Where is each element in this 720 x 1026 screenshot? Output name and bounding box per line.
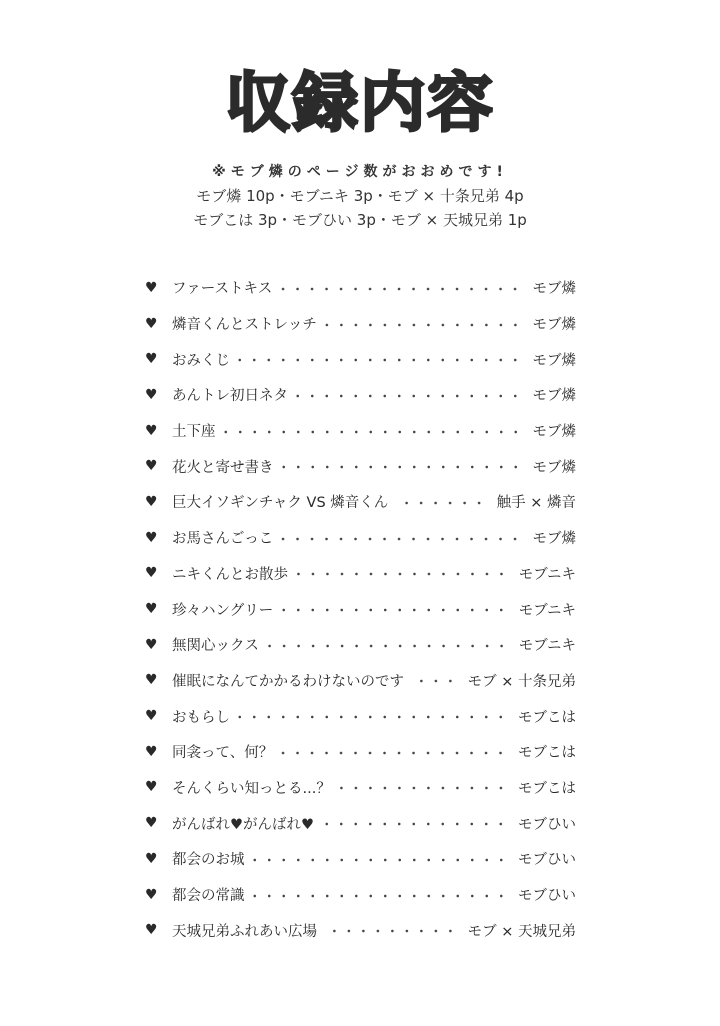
dot-leader — [280, 287, 522, 291]
toc-entry: ♥ 無関心ックス モブニキ — [143, 627, 576, 663]
toc-entry: ♥ 都会のお城 モブひい — [143, 841, 576, 877]
dot-leader — [296, 572, 509, 576]
page-title: 収録内容 — [0, 68, 720, 140]
note-emphasis: ※モブ燐のページ数がおおめです! — [0, 160, 720, 184]
toc-entry: ♥ お馬さんごっこ モブ燐 — [143, 520, 576, 556]
toc-entry: ♥ 花火と寄せ書き モブ燐 — [143, 448, 576, 484]
toc-entry-author: モブニキ — [519, 599, 576, 620]
toc-entry: ♥ おみくじ モブ燐 — [143, 341, 576, 377]
toc-entry: ♥ ファーストキス モブ燐 — [143, 270, 576, 306]
toc-entry: ♥ 催眠になんてかかるわけないのです モブ × 十条兄弟 — [143, 663, 576, 699]
toc-entry-title: 燐音くんとストレッチ — [172, 313, 317, 334]
toc-entry-title: 催眠になんてかかるわけないのです — [172, 670, 404, 691]
dot-leader — [322, 822, 508, 826]
heart-icon: ♥ — [145, 779, 165, 795]
note-line-2: モブこは 3p・モブひい 3p・モブ × 天城兄弟 1p — [0, 208, 720, 232]
toc-entry-title: お馬さんごっこ — [172, 527, 273, 548]
toc-entry-title: 巨大イソギンチャク VS 燐音くん — [172, 491, 388, 512]
toc-entry: ♥ 巨大イソギンチャク VS 燐音くん 触手 × 燐音 — [143, 484, 576, 520]
heart-icon: ♥ — [145, 744, 165, 760]
toc-entry-title: 都会のお城 — [172, 848, 245, 869]
heart-icon: ♥ — [145, 887, 165, 903]
toc-entry: ♥ そんくらい知っとる...？ モブこは — [143, 770, 576, 806]
toc-entry-title: ニキくんとお散歩 — [172, 563, 288, 584]
toc-entry-author: モブ × 十条兄弟 — [468, 670, 576, 691]
toc-entry-title: 天城兄弟ふれあい広場 — [172, 920, 317, 941]
dot-leader — [253, 858, 509, 862]
heart-icon: ♥ — [145, 922, 165, 938]
toc-entry-title: 都会の常識 — [172, 884, 245, 905]
dot-leader — [396, 501, 486, 505]
toc-entry: ♥ 珍々ハングリー モブニキ — [143, 591, 576, 627]
dot-leader — [281, 751, 508, 755]
dot-leader — [325, 323, 523, 327]
contents-page: 収録内容 ※モブ燐のページ数がおおめです! モブ燐 10p・モブニキ 3p・モブ… — [0, 0, 720, 1026]
page-count-notes: ※モブ燐のページ数がおおめです! モブ燐 10p・モブニキ 3p・モブ × 十条… — [0, 160, 720, 232]
dot-leader — [296, 394, 523, 398]
dot-leader — [238, 715, 508, 719]
toc-entry-title: 無関心ックス — [172, 634, 259, 655]
dot-leader — [325, 929, 458, 933]
toc-entry-title: 土下座 — [172, 420, 216, 441]
toc-entry-author: モブこは — [518, 706, 576, 727]
toc-entry-title: おみくじ — [172, 349, 230, 370]
toc-entry: ♥ 土下座 モブ燐 — [143, 413, 576, 449]
dot-leader — [238, 358, 523, 362]
toc-entry: ♥ 天城兄弟ふれあい広場 モブ × 天城兄弟 — [143, 912, 576, 948]
dot-leader — [282, 465, 523, 469]
dot-leader — [339, 786, 508, 790]
toc-entry-title: おもらし — [172, 706, 230, 727]
dot-leader — [224, 430, 523, 434]
toc-entry-author: モブひい — [518, 884, 576, 905]
toc-entry-title: 花火と寄せ書き — [172, 456, 274, 477]
toc-entry-author: モブひい — [518, 848, 576, 869]
toc-entry: ♥ がんばれ♥がんばれ♥ モブひい — [143, 805, 576, 841]
table-of-contents: ♥ ファーストキス モブ燐 ♥ 燐音くんとストレッチ モブ燐 ♥ おみくじ モブ… — [143, 270, 576, 948]
heart-icon: ♥ — [145, 672, 165, 688]
toc-entry-title: 珍々ハングリー — [172, 599, 273, 620]
heart-icon: ♥ — [145, 851, 165, 867]
heart-icon: ♥ — [145, 708, 165, 724]
toc-entry-title: がんばれ♥がんばれ♥ — [172, 813, 314, 834]
heart-icon: ♥ — [145, 280, 165, 296]
toc-entry-author: モブニキ — [519, 563, 576, 584]
toc-entry: ♥ 燐音くんとストレッチ モブ燐 — [143, 306, 576, 342]
dot-leader — [267, 644, 509, 648]
heart-icon: ♥ — [145, 601, 165, 617]
heart-icon: ♥ — [145, 815, 165, 831]
heart-icon: ♥ — [145, 565, 165, 581]
heart-icon: ♥ — [145, 387, 165, 403]
toc-entry: ♥ 都会の常識 モブひい — [143, 877, 576, 913]
heart-icon: ♥ — [145, 530, 165, 546]
toc-entry-title: あんトレ初日ネタ — [172, 384, 288, 405]
heart-icon: ♥ — [145, 423, 165, 439]
note-line-1: モブ燐 10p・モブニキ 3p・モブ × 十条兄弟 4p — [0, 184, 720, 208]
toc-entry-author: モブ燐 — [533, 277, 577, 298]
heart-icon: ♥ — [145, 351, 165, 367]
dot-leader — [253, 894, 509, 898]
toc-entry-author: モブ燐 — [533, 420, 577, 441]
heart-icon: ♥ — [145, 458, 165, 474]
toc-entry-author: モブ燐 — [533, 456, 577, 477]
toc-entry: ♥ 同衾って、何？ モブこは — [143, 734, 576, 770]
heart-icon: ♥ — [145, 637, 165, 653]
toc-entry: ♥ あんトレ初日ネタ モブ燐 — [143, 377, 576, 413]
dot-leader — [412, 679, 458, 683]
toc-entry-author: 触手 × 燐音 — [497, 491, 576, 512]
toc-entry-author: モブ燐 — [533, 313, 577, 334]
toc-entry-author: モブこは — [518, 741, 576, 762]
heart-icon: ♥ — [145, 494, 165, 510]
toc-entry-author: モブ燐 — [533, 384, 577, 405]
toc-entry-author: モブひい — [518, 813, 576, 834]
toc-entry-title: そんくらい知っとる...？ — [172, 777, 331, 798]
dot-leader — [281, 608, 509, 612]
toc-entry-author: モブニキ — [519, 634, 576, 655]
toc-entry-author: モブ燐 — [533, 349, 577, 370]
toc-entry-author: モブ × 天城兄弟 — [468, 920, 576, 941]
toc-entry-title: ファーストキス — [172, 277, 272, 298]
toc-entry-author: モブ燐 — [533, 527, 577, 548]
toc-entry-author: モブこは — [518, 777, 576, 798]
toc-entry: ♥ おもらし モブこは — [143, 698, 576, 734]
toc-entry: ♥ ニキくんとお散歩 モブニキ — [143, 556, 576, 592]
dot-leader — [281, 537, 522, 541]
toc-entry-title: 同衾って、何？ — [172, 741, 273, 762]
heart-icon: ♥ — [145, 316, 165, 332]
